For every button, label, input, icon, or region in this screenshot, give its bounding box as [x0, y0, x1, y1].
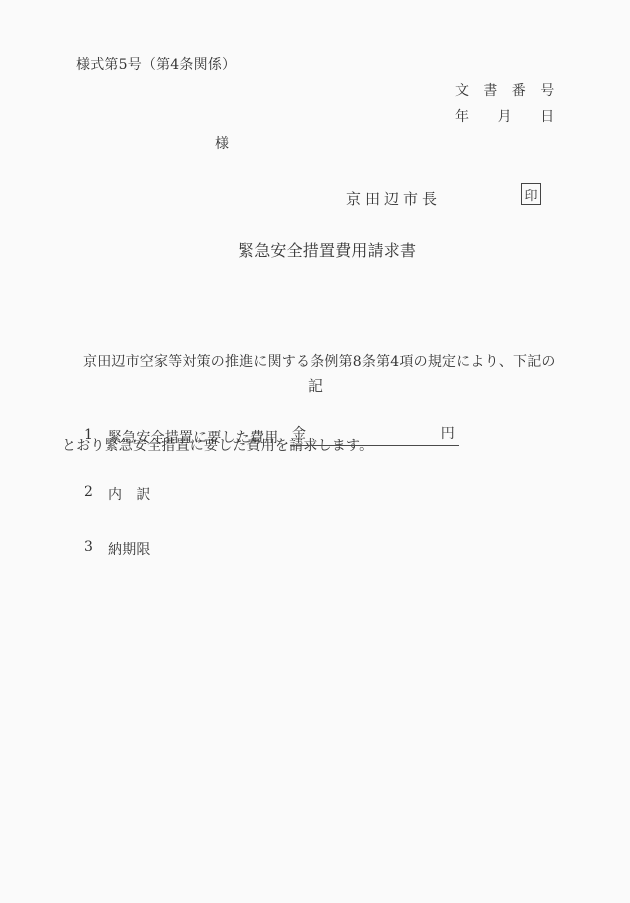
document-page: 様式第5号（第4条関係） 文 書 番 号 年 月 日 様 京田辺市長 印 緊急安… — [0, 0, 630, 903]
amount-suffix: 円 — [441, 425, 455, 444]
amount-prefix: 金 — [292, 425, 306, 444]
date-line: 年 月 日 — [455, 106, 554, 126]
body-line-1: 京田辺市空家等対策の推進に関する条例第8条第4項の規定により、下記の — [62, 348, 562, 376]
document-title: 緊急安全措置費用請求書 — [238, 238, 416, 261]
seal-mark: 印 — [524, 185, 537, 204]
note-marker: 記 — [308, 375, 323, 396]
addressee-honorific: 様 — [215, 133, 229, 153]
doc-number-label: 文 書 番 号 — [455, 80, 554, 100]
item-3-label: 納期限 — [108, 539, 151, 559]
body-paragraph: 京田辺市空家等対策の推進に関する条例第8条第4項の規定により、下記の とおり緊急… — [62, 292, 562, 516]
item-1-number: 1 — [84, 427, 93, 443]
item-2-number: 2 — [84, 484, 93, 500]
seal-box: 印 — [521, 183, 541, 205]
form-number: 様式第5号（第4条関係） — [76, 54, 236, 74]
item-3-number: 3 — [84, 539, 93, 555]
sender-title: 京田辺市長 — [346, 188, 441, 209]
amount-blank-line: 金 円 — [290, 425, 459, 446]
item-1-label: 緊急安全措置に要した費用 — [108, 427, 278, 447]
item-2-label: 内 訳 — [108, 484, 151, 504]
